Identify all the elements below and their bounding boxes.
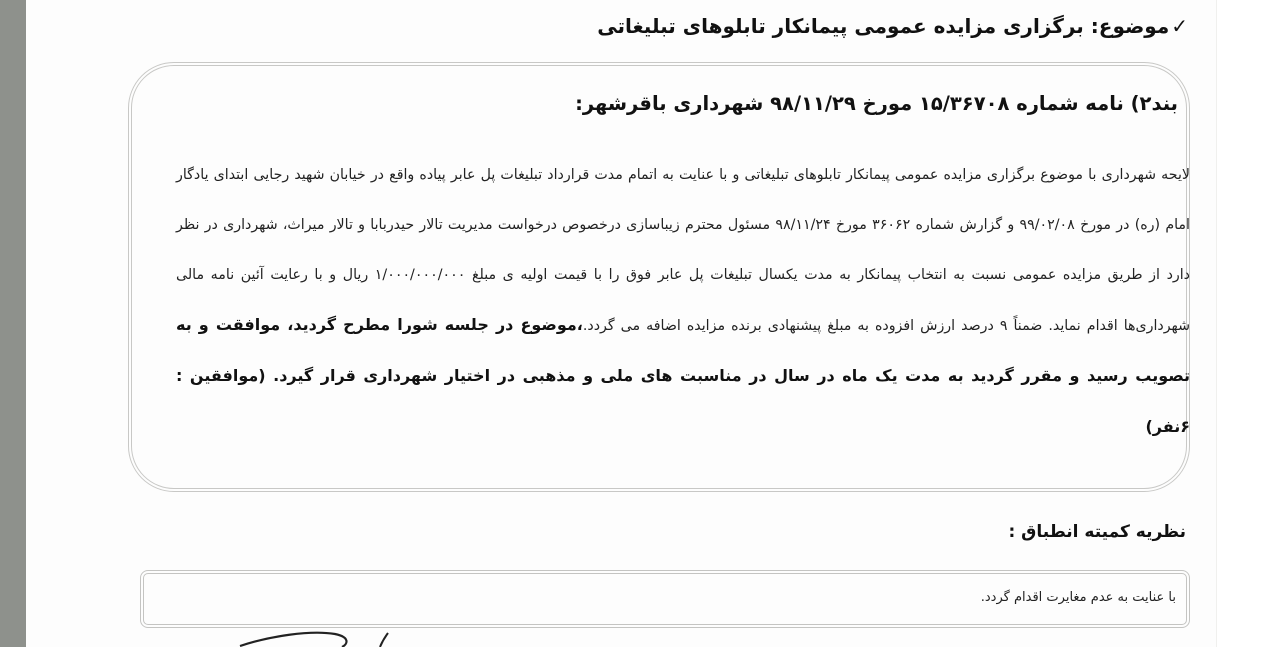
committee-title: نظریه کمیته انطباق : bbox=[1008, 522, 1186, 542]
checkmark-icon: ✓ bbox=[1171, 14, 1188, 38]
subject-heading: ✓موضوع: برگزاری مزایده عمومی پیمانکار تا… bbox=[597, 14, 1188, 38]
item-title: بند۲) نامه شماره ۱۵/۳۶۷۰۸ مورخ ۹۸/۱۱/۲۹ … bbox=[575, 92, 1178, 115]
signature-icon bbox=[230, 628, 430, 647]
scan-right-margin bbox=[1216, 0, 1280, 647]
item-body-regular: لایحه شهرداری با موضوع برگزاری مزایده عم… bbox=[176, 167, 1190, 334]
committee-opinion: با عنایت به عدم مغایرت اقدام گردد. bbox=[981, 590, 1176, 605]
scan-left-edge bbox=[0, 0, 26, 647]
item-body: لایحه شهرداری با موضوع برگزاری مزایده عم… bbox=[176, 150, 1190, 453]
subject-text: موضوع: برگزاری مزایده عمومی پیمانکار تاب… bbox=[597, 14, 1169, 38]
